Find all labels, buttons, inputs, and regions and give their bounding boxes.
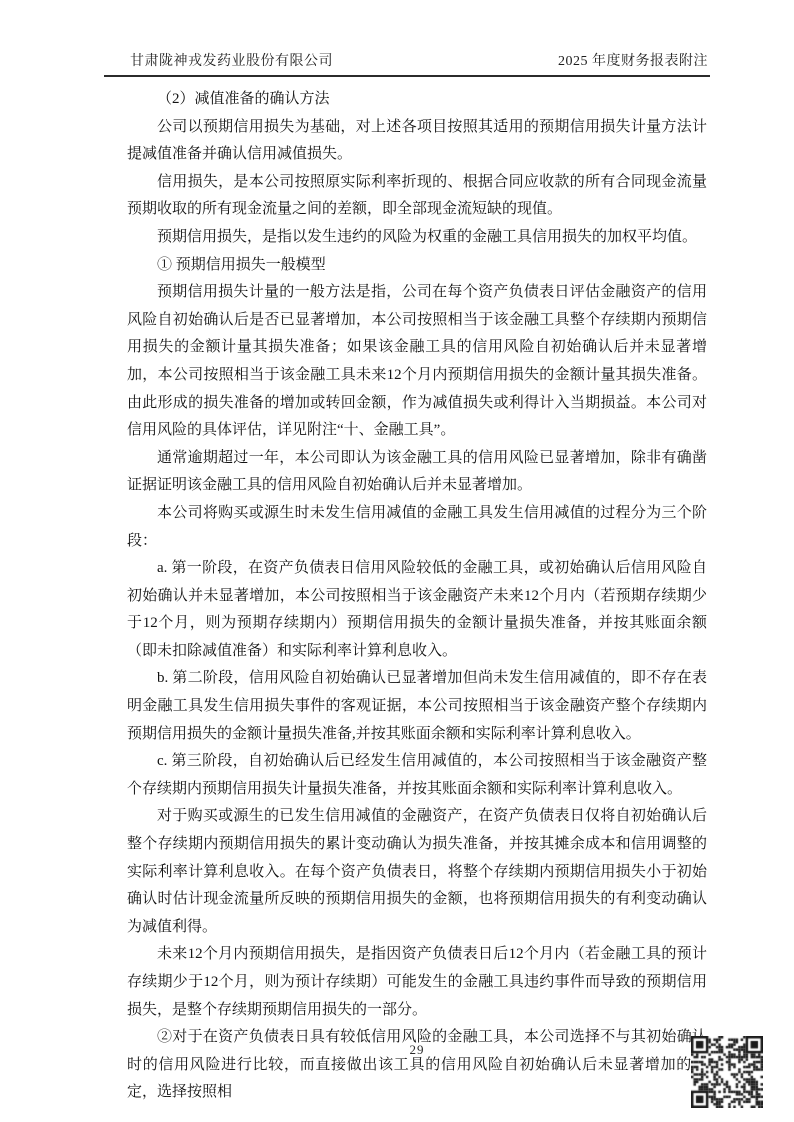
paragraph: ① 预期信用损失一般模型 bbox=[127, 252, 707, 280]
paragraph: 信用损失，是本公司按照原实际利率折现的、根据合同应收款的所有合同现金流量预期收取… bbox=[127, 169, 707, 224]
paragraph: 通常逾期超过一年，本公司即认为该金融工具的信用风险已显著增加，除非有确凿证据证明… bbox=[127, 445, 707, 500]
document-page: 甘肃陇神戎发药业股份有限公司 2025 年度财务报表附注 （2）减值准备的确认方… bbox=[0, 0, 794, 1122]
page-number: 29 bbox=[127, 1042, 707, 1058]
page-header: 甘肃陇神戎发药业股份有限公司 2025 年度财务报表附注 bbox=[104, 50, 710, 77]
qr-code-icon bbox=[691, 1036, 763, 1108]
paragraph: c. 第三阶段，自初始确认后已经发生信用减值的，本公司按照相当于该金融资产整个存… bbox=[127, 748, 707, 803]
body-text: （2）减值准备的确认方法公司以预期信用损失为基础，对上述各项目按照其适用的预期信… bbox=[127, 86, 707, 1107]
paragraph: 对于购买或源生的已发生信用减值的金融资产，在资产负债表日仅将自初始确认后整个存续… bbox=[127, 803, 707, 941]
paragraph: 预期信用损失计量的一般方法是指，公司在每个资产负债表日评估金融资产的信用风险自初… bbox=[127, 279, 707, 445]
paragraph: 未来12个月内预期信用损失，是指因资产负债表日后12个月内（若金融工具的预计存续… bbox=[127, 941, 707, 1024]
paragraph: a. 第一阶段，在资产负债表日信用风险较低的金融工具，或初始确认后信用风险自初始… bbox=[127, 555, 707, 665]
header-doc-title: 2025 年度财务报表附注 bbox=[558, 50, 708, 70]
qr-code-image bbox=[691, 1036, 763, 1108]
paragraph: （2）减值准备的确认方法 bbox=[127, 86, 707, 114]
paragraph: ②对于在资产负债表日具有较低信用风险的金融工具，本公司选择不与其初始确认时的信用… bbox=[127, 1024, 707, 1107]
paragraph: 公司以预期信用损失为基础，对上述各项目按照其适用的预期信用损失计量方法计提减值准… bbox=[127, 114, 707, 169]
header-company-name: 甘肃陇神戎发药业股份有限公司 bbox=[130, 50, 333, 70]
paragraph: b. 第二阶段，信用风险自初始确认已显著增加但尚未发生信用减值的，即不存在表明金… bbox=[127, 665, 707, 748]
paragraph: 预期信用损失，是指以发生违约的风险为权重的金融工具信用损失的加权平均值。 bbox=[127, 224, 707, 252]
paragraph: 本公司将购买或源生时未发生信用减值的金融工具发生信用减值的过程分为三个阶段： bbox=[127, 500, 707, 555]
